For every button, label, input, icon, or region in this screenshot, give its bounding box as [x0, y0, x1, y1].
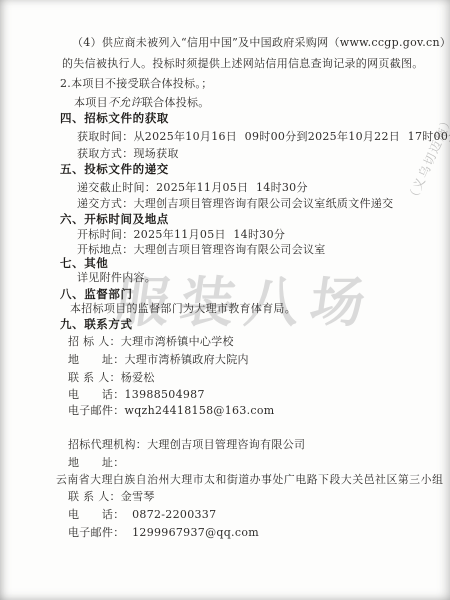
tenderer-email: 电子邮件：wqzh24418158@163.com: [68, 404, 275, 417]
section7-body: 详见附件内容。: [77, 271, 156, 284]
section4-title: 四、招标文件的获取: [60, 112, 169, 125]
section8-body: 本招标项目的监督部门为大理市教育体育局。: [70, 302, 296, 315]
section6-place: 开标地点：大理创吉项目管理咨询有限公司会议室: [77, 243, 326, 256]
tenderer-contact: 联 系 人：杨爱松: [68, 371, 155, 384]
agency-address-value: 云南省大理白族自治州大理市太和街道办事处广电路下段大关邑社区第三小组: [56, 473, 444, 486]
tenderer-name: 招 标 人：大理市湾桥镇中心学校: [68, 335, 234, 348]
supplier-clause-line1: （4）供应商未被列入“信用中国”及中国政府采购网（www.ccgp.gov.cn…: [72, 36, 450, 49]
section5-method: 递交方式：大理创吉项目管理咨询有限公司会议室纸质文件递交: [77, 197, 393, 210]
section7-title: 七、其他: [60, 257, 108, 270]
section4-method: 获取方式：现场获取: [77, 147, 179, 160]
side-watermark: （义乌切迈施）: [403, 112, 450, 205]
scanned-tender-document-page: 服装八场 （义乌切迈施） （4）供应商未被列入“信用中国”及中国政府采购网（ww…: [0, 0, 450, 600]
consortium-note-prefix: 本项目: [74, 96, 108, 109]
agency-name: 招标代理机构：大理创吉项目管理咨询有限公司: [68, 438, 305, 451]
consortium-note-suffix: 联合体投标。: [142, 96, 210, 109]
section6-title: 六、开标时间及地点: [60, 213, 169, 226]
section6-time: 开标时间：2025年11月05日 14时30分: [77, 228, 285, 241]
section4-time: 获取时间：从2025年10月16日 09时00分到2025年10月22日 17时…: [77, 130, 450, 143]
tenderer-phone: 电 话：13988504987: [68, 388, 205, 401]
agency-email: 电子邮件： 1299967937@qq.com: [68, 526, 259, 539]
agency-contact: 联 系 人：金雪琴: [68, 490, 155, 503]
section9-title: 九、联系方式: [60, 318, 133, 331]
agency-phone: 电 话： 0872-2200337: [68, 508, 216, 521]
consortium-clause: 2.本项目不接受联合体投标。；: [60, 77, 213, 90]
section5-deadline: 递交截止时间：2025年11月05日 14时30分: [77, 181, 308, 194]
section5-title: 五、投标文件的递交: [60, 163, 169, 176]
supplier-clause-line2: 的失信被执行人。投标时须提供上述网站信用信息查询记录的网页截图。: [62, 57, 424, 70]
section8-title: 八、监督部门: [60, 288, 133, 301]
tenderer-address: 地 址：大理市湾桥镇政府大院内: [68, 353, 249, 366]
agency-address-label: 地 址：: [68, 456, 125, 469]
consortium-note-emphasis: 不允许: [108, 96, 142, 109]
consortium-note: 本项目不允许联合体投标。: [74, 96, 210, 109]
